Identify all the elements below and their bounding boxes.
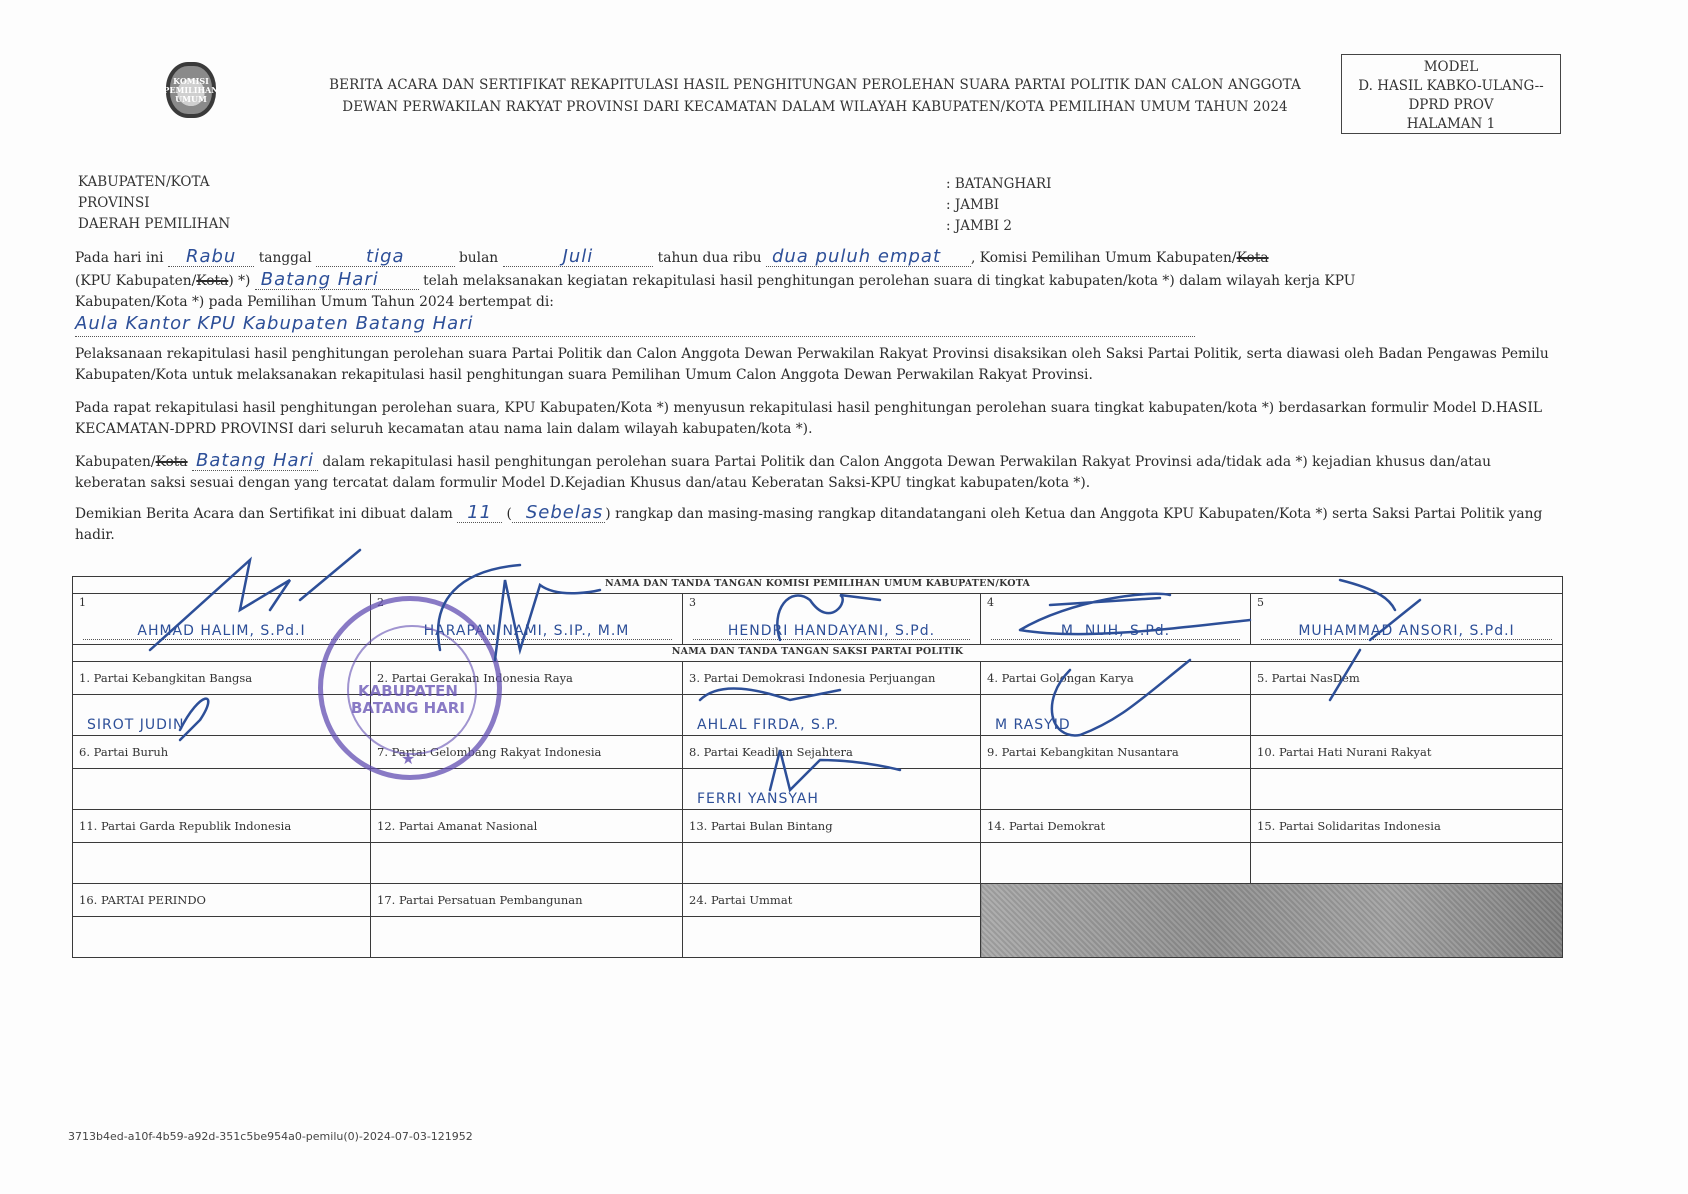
value-dapil: : JAMBI 2 <box>946 216 1051 237</box>
official-stamp: KABUPATEN BATANG HARI ★ <box>318 596 502 780</box>
struck-kota: Kota <box>196 273 228 289</box>
kpu-members-row: 1 AHMAD HALIM, S.Pd.I2 HARAPAN NAMI, S.I… <box>73 594 1563 645</box>
meta-values: : BATANGHARI : JAMBI : JAMBI 2 <box>946 174 1051 237</box>
handwritten-month: Juli <box>563 246 594 267</box>
shaded-unused-cell <box>981 884 1563 958</box>
party-signature-cell: FERRI YANSYAH <box>683 769 981 810</box>
party-signature-cell <box>73 917 371 958</box>
party-label: 13. Partai Bulan Bintang <box>683 810 981 843</box>
text: tahun dua ribu <box>653 250 766 266</box>
party-signature-row <box>73 843 1563 884</box>
party-signature-cell <box>683 843 981 884</box>
label-dapil: DAERAH PEMILIHAN <box>78 214 230 235</box>
party-signature-cell <box>371 917 683 958</box>
text: Demikian Berita Acara dan Sertifikat ini… <box>75 506 457 522</box>
handwritten-regency: Batang Hari <box>196 450 314 471</box>
handwritten-venue: Aula Kantor KPU Kabupaten Batang Hari <box>75 313 474 334</box>
party-label: 16. PARTAI PERINDO <box>73 884 371 917</box>
party-signature-cell: AHLAL FIRDA, S.P. <box>683 695 981 736</box>
witness-name: FERRI YANSYAH <box>697 791 819 807</box>
paragraph-4: Demikian Berita Acara dan Sertifikat ini… <box>75 502 1565 546</box>
text: ) *) <box>228 273 254 289</box>
signature-table: NAMA DAN TANDA TANGAN KOMISI PEMILIHAN U… <box>72 576 1563 958</box>
party-rows: 1. Partai Kebangkitan Bangsa2. Partai Ge… <box>73 662 1563 958</box>
handwritten-year: dua puluh empat <box>772 246 941 267</box>
kpu-member-cell: 3 HENDRI HANDAYANI, S.Pd. <box>683 594 981 645</box>
party-signature-row: SIROT JUDINAHLAL FIRDA, S.P.M RASYID <box>73 695 1563 736</box>
party-label: 17. Partai Persatuan Pembangunan <box>371 884 683 917</box>
kpu-logo-icon: KOMISI PEMILIHAN UMUM <box>166 62 216 118</box>
member-name: M. NUH, S.Pd. <box>991 623 1240 640</box>
member-number: 5 <box>1257 596 1264 609</box>
handwritten-copies: 11 <box>467 502 492 523</box>
party-label: 3. Partai Demokrasi Indonesia Perjuangan <box>683 662 981 695</box>
model-box: MODEL D. HASIL KABKO-ULANG-- DPRD PROV H… <box>1341 54 1561 134</box>
paragraph-2: Pada rapat rekapitulasi hasil penghitung… <box>75 398 1565 440</box>
text: (KPU Kabupaten/ <box>75 273 196 289</box>
party-signature-cell <box>73 769 371 810</box>
struck-kota: Kota <box>1237 250 1269 266</box>
party-signature-cell <box>1251 695 1563 736</box>
text: Kabupaten/ <box>75 454 156 470</box>
text: Kabupaten/Kota *) pada Pemilihan Umum Ta… <box>75 292 1565 313</box>
kpu-header: NAMA DAN TANDA TANGAN KOMISI PEMILIHAN U… <box>73 577 1563 594</box>
handwritten-regency: Batang Hari <box>261 269 379 290</box>
party-label-row: 6. Partai Buruh7. Partai Gelombang Rakya… <box>73 736 1563 769</box>
title-line-2: DEWAN PERWAKILAN RAKYAT PROVINSI DARI KE… <box>300 96 1330 118</box>
text: Pada hari ini <box>75 250 168 266</box>
party-label: 6. Partai Buruh <box>73 736 371 769</box>
text: tanggal <box>254 250 316 266</box>
party-label: 11. Partai Garda Republik Indonesia <box>73 810 371 843</box>
opening-paragraph: Pada hari ini Rabu tanggal tiga bulan Ju… <box>75 246 1565 337</box>
member-name: HENDRI HANDAYANI, S.Pd. <box>693 623 970 640</box>
party-label-row: 11. Partai Garda Republik Indonesia12. P… <box>73 810 1563 843</box>
kpu-member-cell: 1 AHMAD HALIM, S.Pd.I <box>73 594 371 645</box>
stamp-line-1: KABUPATEN <box>351 683 465 700</box>
party-signature-row: FERRI YANSYAH <box>73 769 1563 810</box>
member-number: 1 <box>79 596 86 609</box>
model-label: MODEL <box>1342 58 1560 77</box>
member-name: MUHAMMAD ANSORI, S.Pd.I <box>1261 623 1552 640</box>
party-signature-cell <box>981 843 1251 884</box>
label-provinsi: PROVINSI <box>78 193 230 214</box>
party-signature-cell <box>981 769 1251 810</box>
page-number: HALAMAN 1 <box>1342 115 1560 134</box>
paragraph-1: Pelaksanaan rekapitulasi hasil penghitun… <box>75 344 1565 386</box>
star-icon: ★ <box>401 749 415 768</box>
member-number: 4 <box>987 596 994 609</box>
party-label: 9. Partai Kebangkitan Nusantara <box>981 736 1251 769</box>
stamp-line-2: BATANG HARI <box>351 700 465 717</box>
model-code: D. HASIL KABKO-ULANG-- <box>1342 77 1560 96</box>
text: , Komisi Pemilihan Umum Kabupaten/ <box>971 250 1237 266</box>
party-signature-cell <box>683 917 981 958</box>
party-label: 5. Partai NasDem <box>1251 662 1563 695</box>
party-signature-cell <box>73 843 371 884</box>
value-kabupaten: : BATANGHARI <box>946 174 1051 195</box>
logo-label: KOMISI PEMILIHAN UMUM <box>163 77 218 104</box>
paragraph-3: Kabupaten/Kota Batang Hari dalam rekapit… <box>75 450 1565 494</box>
party-signature-cell <box>371 843 683 884</box>
witness-name: SIROT JUDIN <box>87 717 185 733</box>
party-signature-cell: M RASYID <box>981 695 1251 736</box>
document-title: BERITA ACARA DAN SERTIFIKAT REKAPITULASI… <box>300 74 1330 118</box>
witness-name: M RASYID <box>995 717 1071 733</box>
kpu-member-cell: 4 M. NUH, S.Pd. <box>981 594 1251 645</box>
label-kabupaten: KABUPATEN/KOTA <box>78 172 230 193</box>
party-signature-cell <box>1251 769 1563 810</box>
member-number: 3 <box>689 596 696 609</box>
party-label: 12. Partai Amanat Nasional <box>371 810 683 843</box>
party-label: 24. Partai Ummat <box>683 884 981 917</box>
party-label-row: 16. PARTAI PERINDO17. Partai Persatuan P… <box>73 884 1563 917</box>
party-label: 10. Partai Hati Nurani Rakyat <box>1251 736 1563 769</box>
kpu-member-cell: 5 MUHAMMAD ANSORI, S.Pd.I <box>1251 594 1563 645</box>
party-label: 4. Partai Golongan Karya <box>981 662 1251 695</box>
witness-header: NAMA DAN TANDA TANGAN SAKSI PARTAI POLIT… <box>73 645 1563 662</box>
party-label: 15. Partai Solidaritas Indonesia <box>1251 810 1563 843</box>
text: bulan <box>455 250 503 266</box>
party-label: 8. Partai Keadilan Sejahtera <box>683 736 981 769</box>
handwritten-copies-words: Sebelas <box>526 502 603 523</box>
party-label: 14. Partai Demokrat <box>981 810 1251 843</box>
title-line-1: BERITA ACARA DAN SERTIFIKAT REKAPITULASI… <box>300 74 1330 96</box>
witness-name: AHLAL FIRDA, S.P. <box>697 717 839 733</box>
handwritten-date: tiga <box>366 246 405 267</box>
struck-kota: Kota <box>156 454 188 470</box>
party-signature-cell <box>1251 843 1563 884</box>
handwritten-day: Rabu <box>186 246 236 267</box>
party-label-row: 1. Partai Kebangkitan Bangsa2. Partai Ge… <box>73 662 1563 695</box>
value-provinsi: : JAMBI <box>946 195 1051 216</box>
member-name: AHMAD HALIM, S.Pd.I <box>83 623 360 640</box>
model-level: DPRD PROV <box>1342 96 1560 115</box>
text: telah melaksanakan kegiatan rekapitulasi… <box>423 273 1355 289</box>
stamp-text: KABUPATEN BATANG HARI <box>351 683 465 717</box>
document-id: 3713b4ed-a10f-4b59-a92d-351c5be954a0-pem… <box>68 1130 473 1143</box>
meta-labels: KABUPATEN/KOTA PROVINSI DAERAH PEMILIHAN <box>78 172 230 235</box>
